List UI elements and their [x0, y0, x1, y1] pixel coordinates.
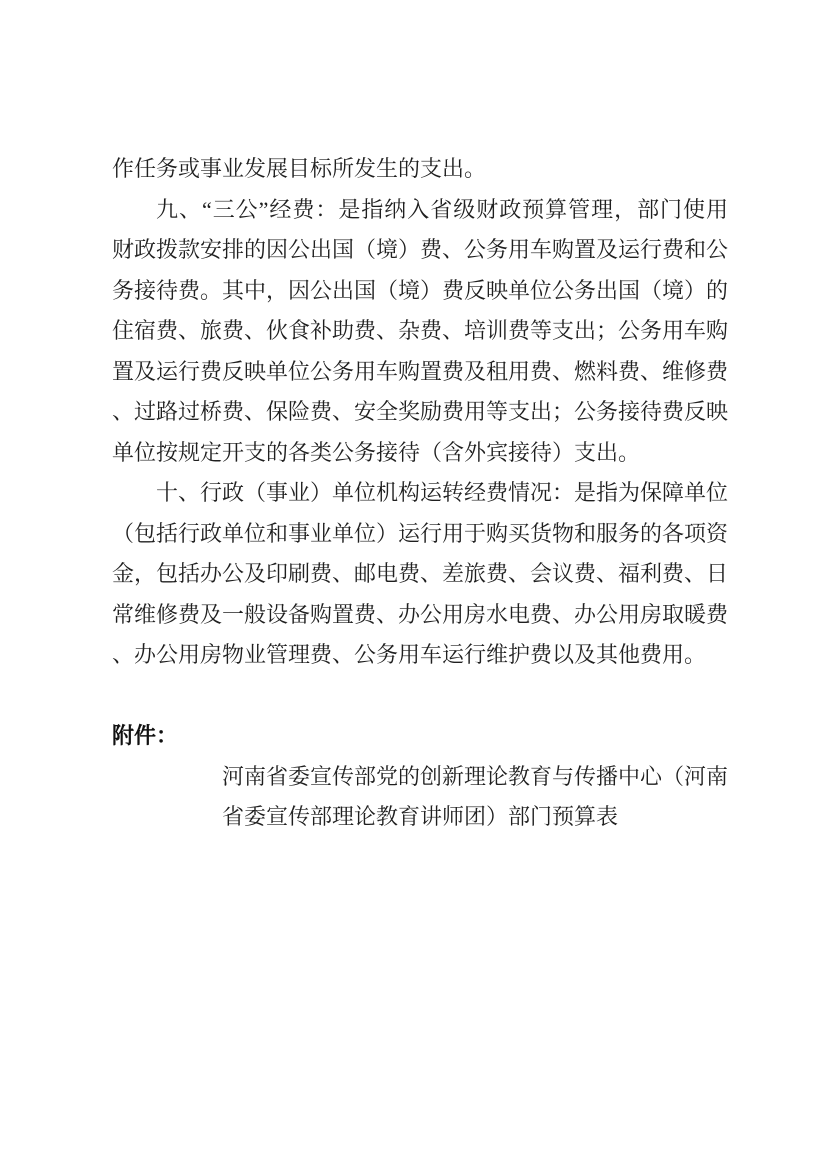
body-text-line: 十、行政（事业）单位机构运转经费情况：是指为保障单位: [112, 473, 728, 514]
body-text-line: （包括行政单位和事业单位）运行用于购买货物和服务的各项资: [112, 514, 728, 555]
body-text-line: 、办公用房物业管理费、公务用车运行维护费以及其他费用。: [112, 635, 728, 676]
blank-line: [112, 676, 728, 717]
attachment-label: 附件：: [112, 716, 728, 757]
body-text-line: 金，包括办公及印刷费、邮电费、差旅费、会议费、福利费、日: [112, 554, 728, 595]
body-text-line: 九、“三公”经费：是指纳入省级财政预算管理，部门使用: [112, 190, 728, 231]
attachment-title-line: 省委宣传部理论教育讲师团）部门预算表: [112, 797, 728, 838]
body-text-line: 住宿费、旅费、伙食补助费、杂费、培训费等支出；公务用车购: [112, 311, 728, 352]
body-text-line: 单位按规定开支的各类公务接待（含外宾接待）支出。: [112, 433, 728, 474]
attachment-title-line: 河南省委宣传部党的创新理论教育与传播中心（河南: [112, 757, 728, 798]
body-text-line: 置及运行费反映单位公务用车购置费及租用费、燃料费、维修费: [112, 352, 728, 393]
body-text-line: 作任务或事业发展目标所发生的支出。: [112, 149, 728, 190]
body-text-line: 务接待费。其中，因公出国（境）费反映单位公务出国（境）的: [112, 271, 728, 312]
body-text-line: 、过路过桥费、保险费、安全奖励费用等支出；公务接待费反映: [112, 392, 728, 433]
body-text-line: 财政拨款安排的因公出国（境）费、公务用车购置及运行费和公: [112, 230, 728, 271]
document-body: 作任务或事业发展目标所发生的支出。九、“三公”经费：是指纳入省级财政预算管理，部…: [112, 149, 728, 838]
document-page: 作任务或事业发展目标所发生的支出。九、“三公”经费：是指纳入省级财政预算管理，部…: [0, 0, 827, 1170]
body-text-line: 常维修费及一般设备购置费、办公用房水电费、办公用房取暖费: [112, 595, 728, 636]
